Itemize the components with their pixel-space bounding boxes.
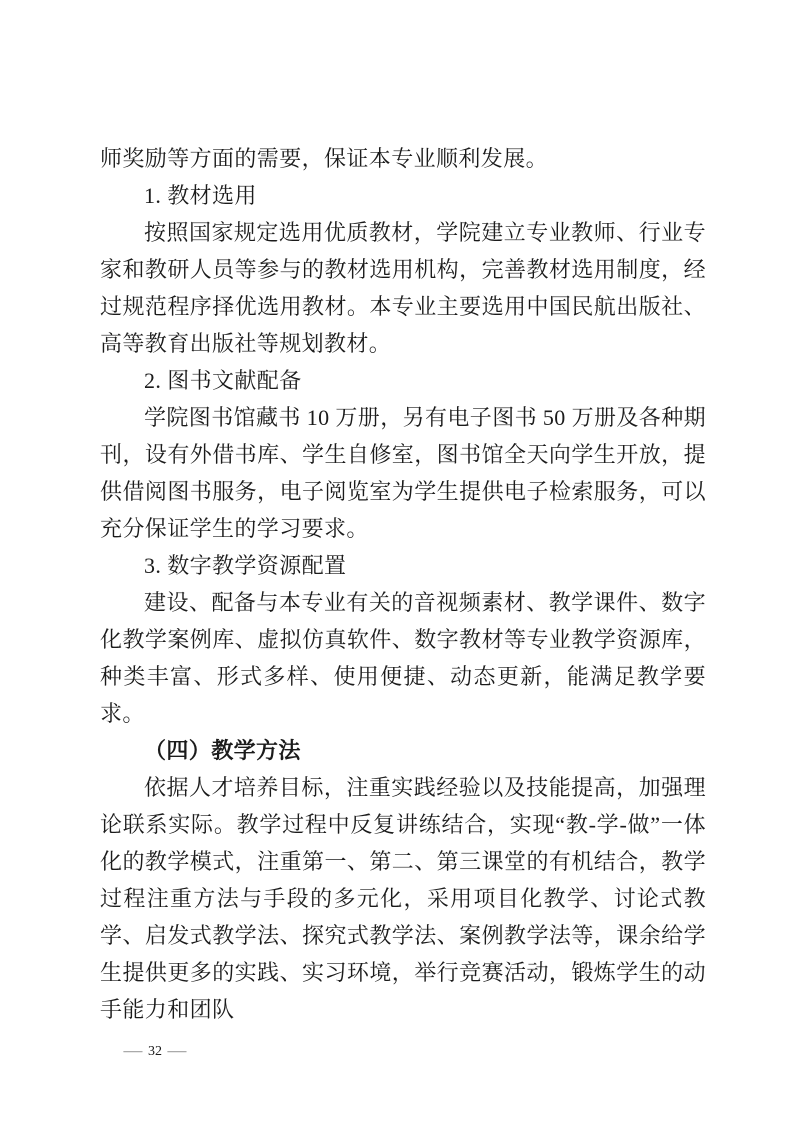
page-number: 32	[148, 1044, 162, 1060]
footer-dash-right: —	[168, 1044, 187, 1060]
paragraph-textbook-selection: 按照国家规定选用优质教材，学院建立专业教师、行业专家和教研人员等参与的教材选用机…	[100, 214, 706, 362]
paragraph-continuation: 师奖励等方面的需要，保证本专业顺利发展。	[100, 140, 706, 177]
paragraph-teaching-methods: 依据人才培养目标，注重实践经验以及技能提高，加强理论联系实际。教学过程中反复讲练…	[100, 769, 706, 1028]
section-heading-teaching-methods: （四）教学方法	[100, 732, 706, 769]
numbered-heading-2: 2. 图书文献配备	[100, 362, 706, 399]
numbered-heading-1: 1. 教材选用	[100, 177, 706, 214]
page-footer: — 32 —	[126, 1041, 184, 1063]
numbered-heading-3: 3. 数字教学资源配置	[100, 547, 706, 584]
paragraph-library-resources: 学院图书馆藏书 10 万册，另有电子图书 50 万册及各种期刊，设有外借书库、学…	[100, 399, 706, 547]
paragraph-digital-resources: 建设、配备与本专业有关的音视频素材、教学课件、数字化教学案例库、虚拟仿真软件、数…	[100, 584, 706, 732]
document-body: 师奖励等方面的需要，保证本专业顺利发展。 1. 教材选用 按照国家规定选用优质教…	[100, 140, 706, 1028]
document-page: 师奖励等方面的需要，保证本专业顺利发展。 1. 教材选用 按照国家规定选用优质教…	[0, 0, 793, 1122]
footer-dash-left: —	[124, 1044, 143, 1060]
